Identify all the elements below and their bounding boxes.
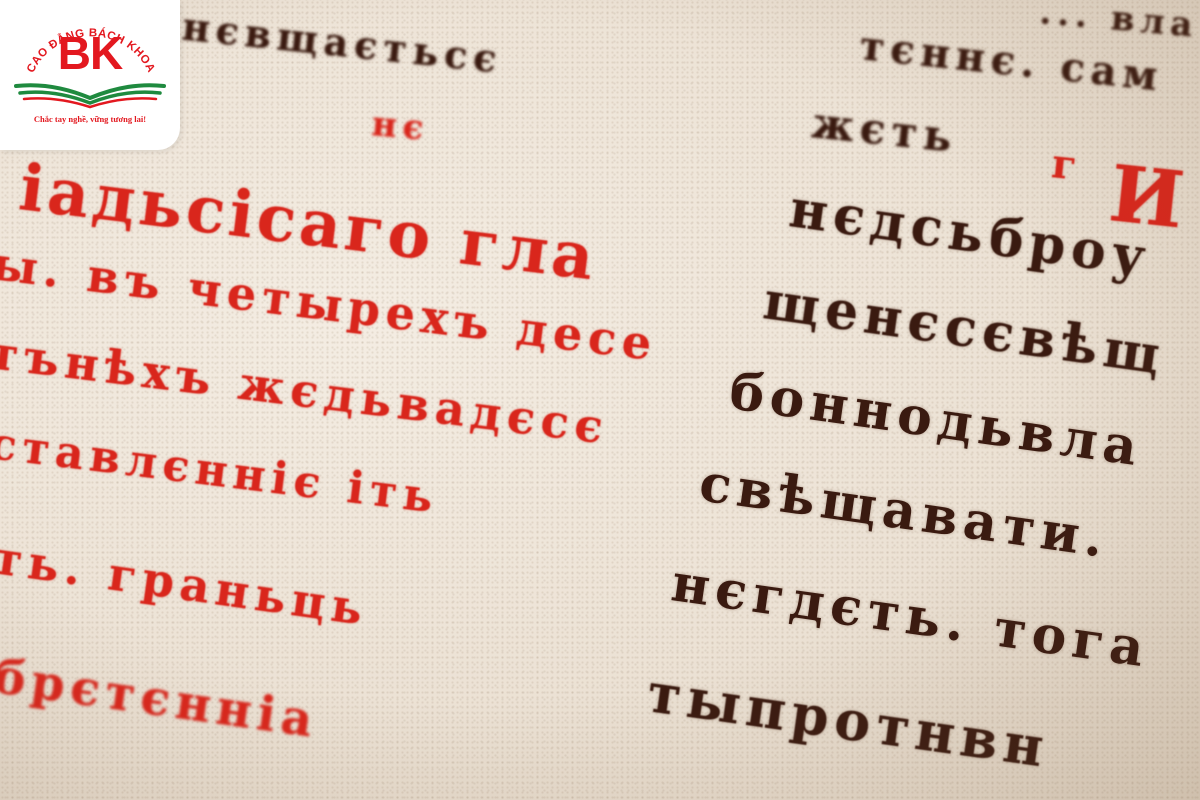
manuscript-red-rubric: нє <box>370 104 431 149</box>
college-logo: CAO ĐẲNG BÁCH KHOA BK Chắc tay nghề, vữn… <box>0 0 180 150</box>
open-book-icon <box>12 78 168 110</box>
manuscript-red-mark: г <box>1050 140 1085 190</box>
logo-tagline: Chắc tay nghề, vững tương lai! <box>0 114 180 124</box>
logo-monogram: BK <box>0 30 180 76</box>
manuscript-photo: рнєвщаєтьсє нє іадьсісаго гла ы. въ четы… <box>0 0 1200 800</box>
